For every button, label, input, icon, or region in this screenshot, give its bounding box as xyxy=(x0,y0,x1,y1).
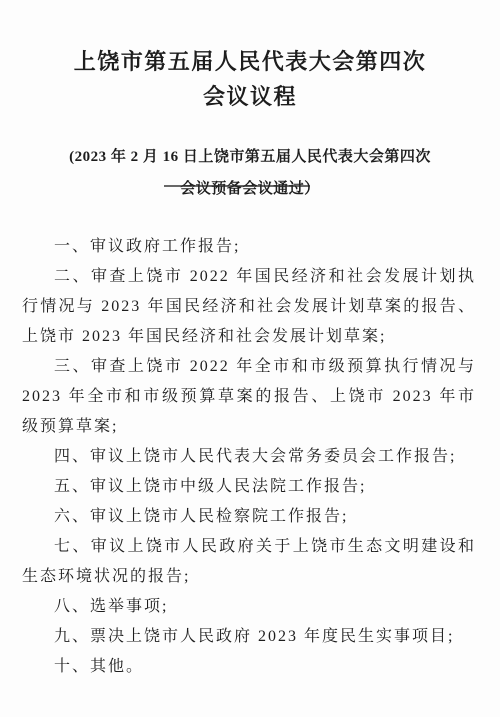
agenda-item-5: 五、审议上饶市中级人民法院工作报告; xyxy=(22,472,476,502)
agenda-item-6: 六、审议上饶市人民检察院工作报告; xyxy=(22,502,476,532)
agenda-item-10: 十、其他。 xyxy=(22,652,476,682)
agenda-item-8: 八、选举事项; xyxy=(22,592,476,622)
document-subtitle: (2023 年 2 月 16 日上饶市第五届人民代表大会第四次 会议预备会议通过… xyxy=(0,141,500,205)
subtitle-line-2: 会议预备会议通过） xyxy=(0,173,500,205)
document-page: 上饶市第五届人民代表大会第四次 会议议程 (2023 年 2 月 16 日上饶市… xyxy=(0,0,500,717)
agenda-item-4: 四、审议上饶市人民代表大会常务委员会工作报告; xyxy=(22,442,476,472)
agenda-item-7: 七、审议上饶市人民政府关于上饶市生态文明建设和生态环境状况的报告; xyxy=(22,532,476,592)
subtitle-line-1: (2023 年 2 月 16 日上饶市第五届人民代表大会第四次 xyxy=(0,141,500,173)
agenda-list: 一、审议政府工作报告; 二、审查上饶市 2022 年国民经济和社会发展计划执行情… xyxy=(22,232,476,682)
title-line-1: 上饶市第五届人民代表大会第四次 xyxy=(0,44,500,79)
agenda-item-1: 一、审议政府工作报告; xyxy=(22,232,476,262)
title-line-2: 会议议程 xyxy=(0,79,500,114)
document-title: 上饶市第五届人民代表大会第四次 会议议程 xyxy=(0,44,500,114)
agenda-item-2: 二、审查上饶市 2022 年国民经济和社会发展计划执行情况与 2023 年国民经… xyxy=(22,262,476,352)
agenda-item-9: 九、票决上饶市人民政府 2023 年度民生实事项目; xyxy=(22,622,476,652)
agenda-item-3: 三、审查上饶市 2022 年全市和市级预算执行情况与 2023 年全市和市级预算… xyxy=(22,352,476,442)
